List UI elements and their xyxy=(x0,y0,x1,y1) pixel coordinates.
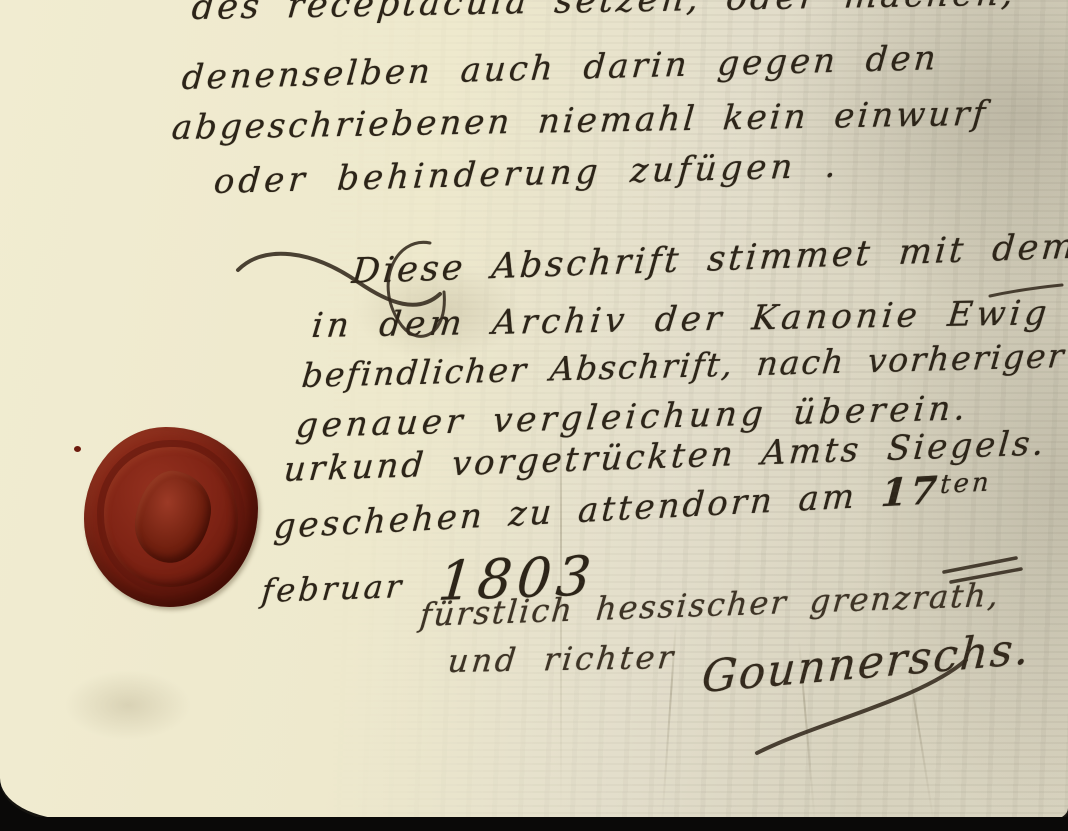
month-text: februar xyxy=(260,567,406,610)
handwritten-line: befindlicher Abschrift, nach vorheriger xyxy=(300,336,1067,395)
handwritten-line: Diese Abschrift stimmet mit dem xyxy=(350,227,1068,292)
date-double-underline xyxy=(944,558,1016,572)
signature: Gounnerschs. xyxy=(700,623,1032,703)
date-day: 17 xyxy=(879,467,941,515)
scanner-background-edge xyxy=(0,817,1068,831)
handwritten-line: denenselben auch darin gegen den xyxy=(180,38,940,98)
manuscript-page: des receptacula setzen, oder machen, den… xyxy=(0,0,1068,820)
handwritten-line: des receptacula setzen, oder machen, xyxy=(190,0,1017,28)
date-day-suffix: ten xyxy=(939,467,993,500)
wax-seal xyxy=(84,427,258,607)
handwritten-closing-line: und richter xyxy=(446,638,678,680)
handwritten-line: oder behinderung zufügen . xyxy=(212,146,841,202)
scanned-document: { "scan": { "background_color": "#0a0908… xyxy=(0,0,1068,831)
wax-speck xyxy=(74,446,81,452)
paper-crease xyxy=(907,661,935,824)
handwritten-line: in dem Archiv der Kanonie Ewig xyxy=(310,293,1053,346)
handwritten-line: abgeschriebenen niemahl kein einwurf xyxy=(170,94,990,148)
